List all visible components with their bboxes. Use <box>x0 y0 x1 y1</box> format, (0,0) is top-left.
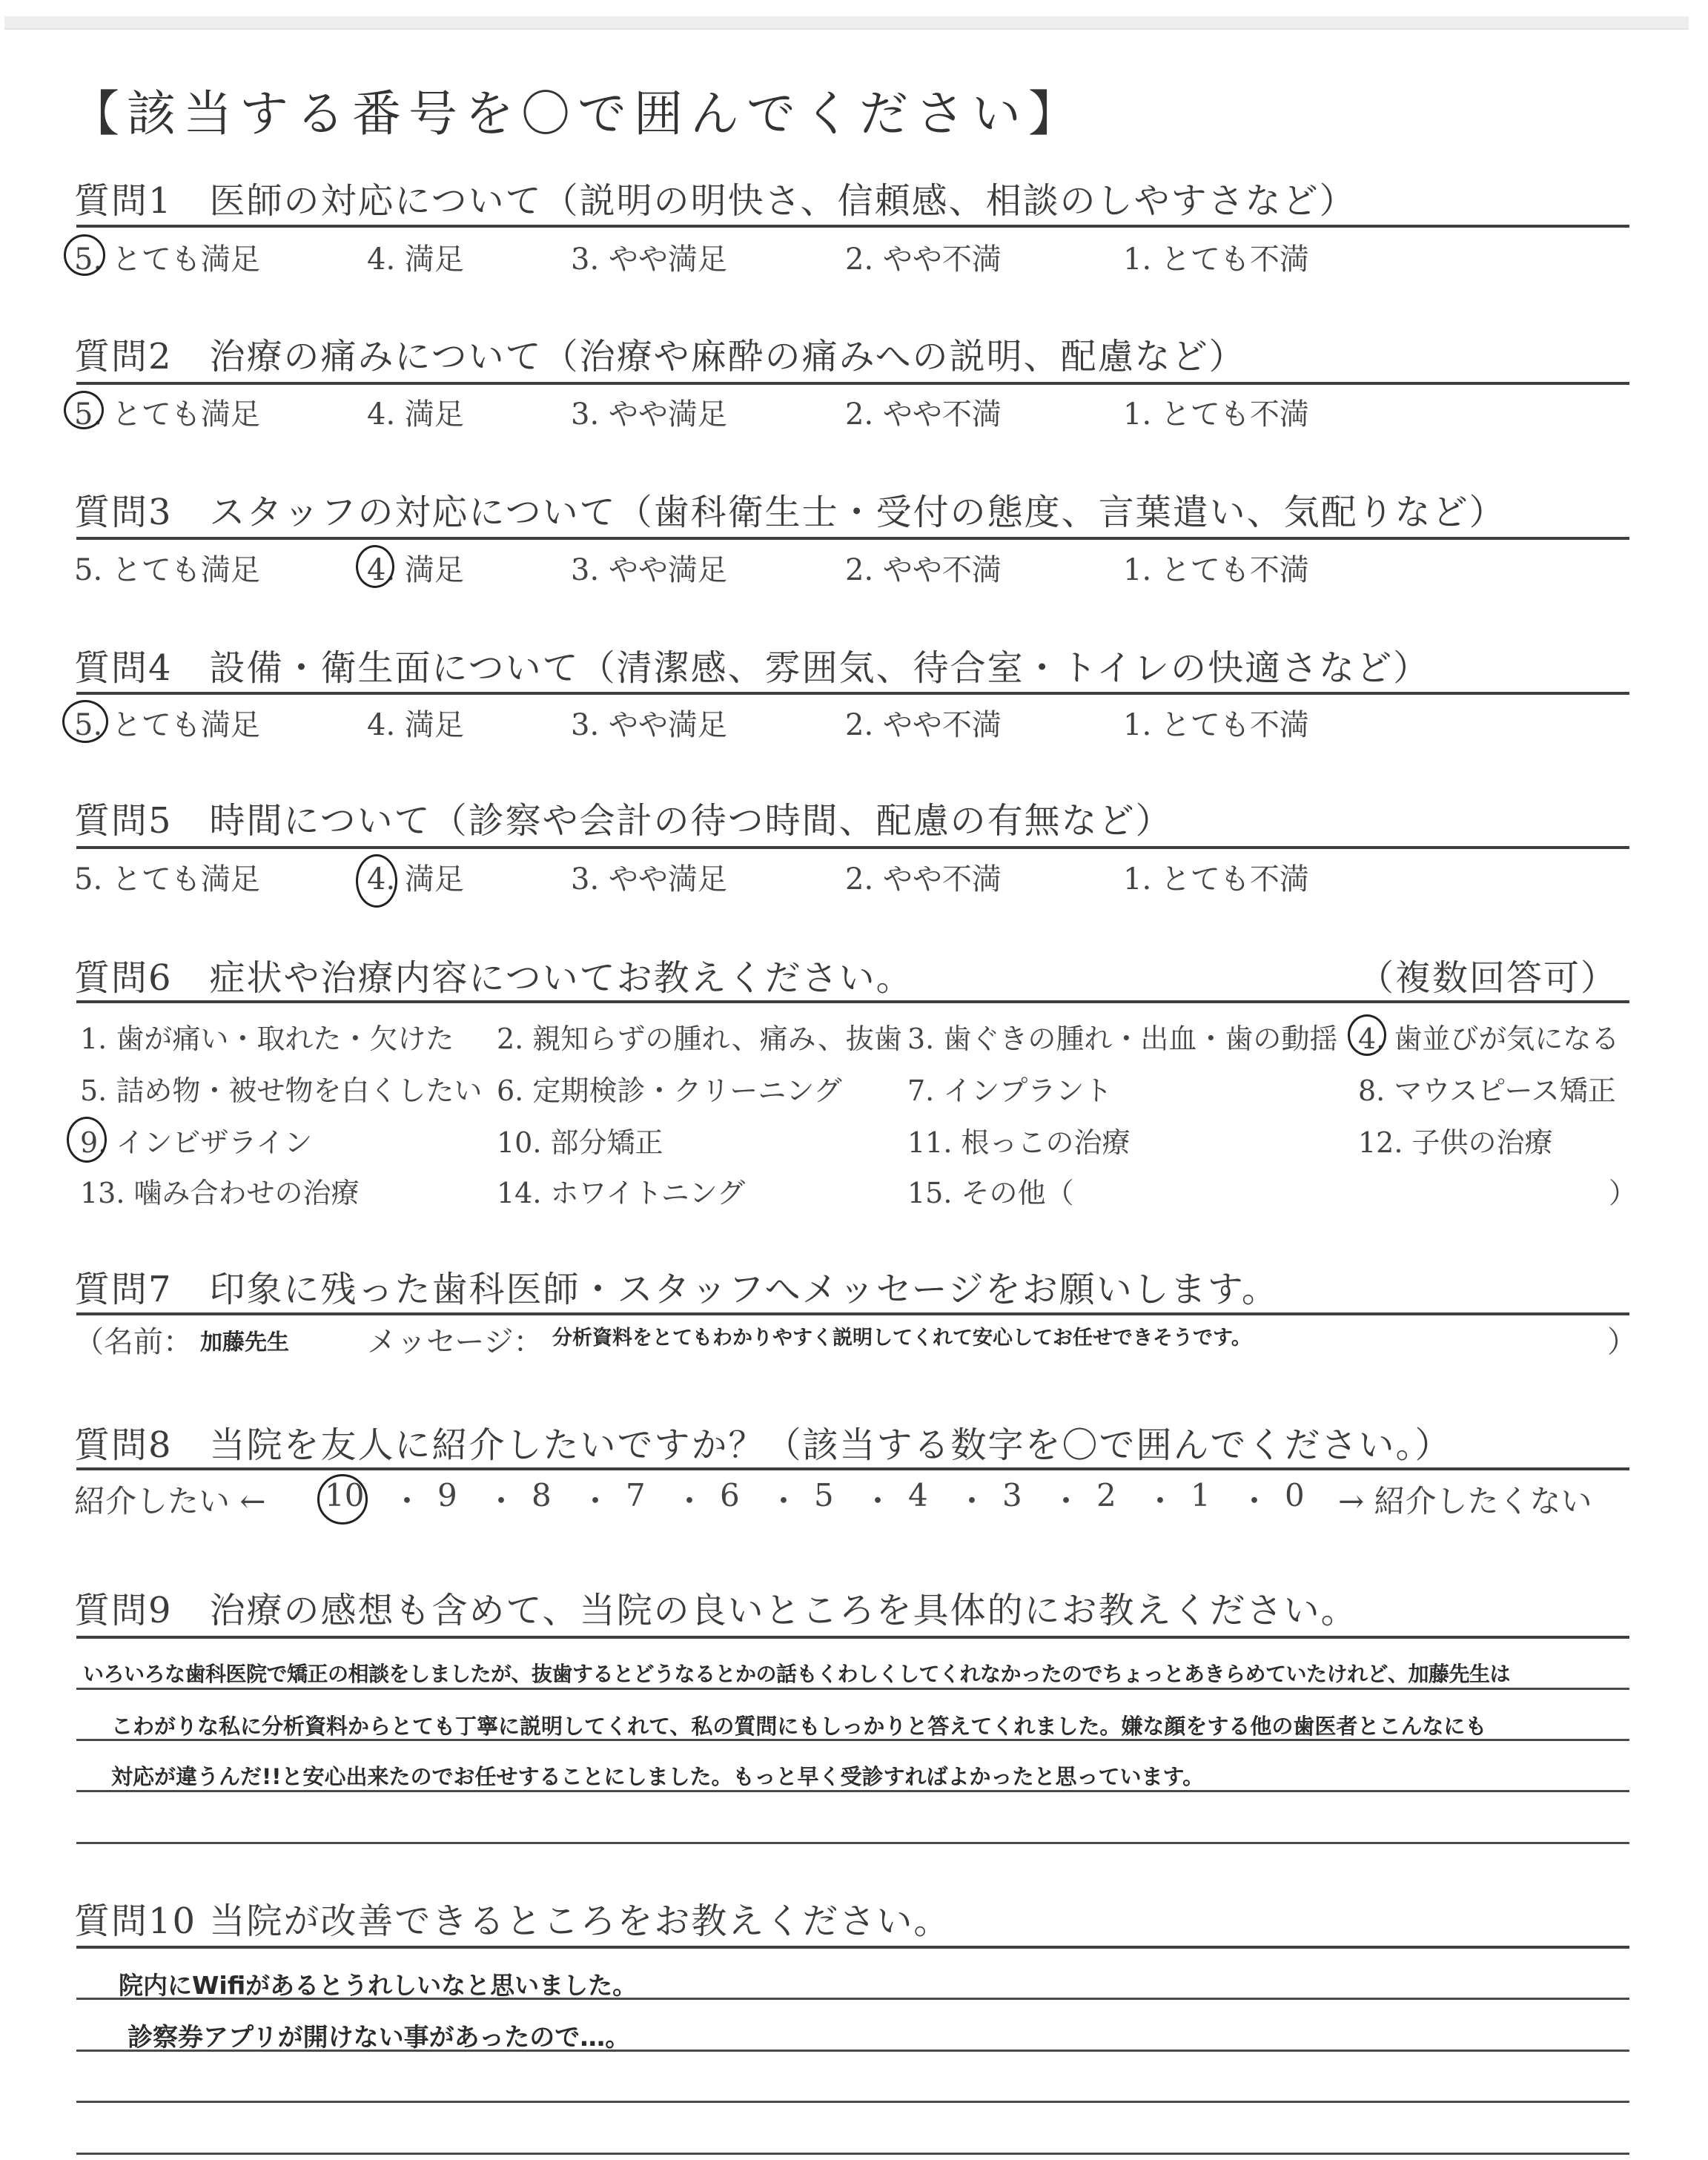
question-2-rule <box>76 382 1629 385</box>
q10-answer-line-2: 診察券アプリが開けない事があったので…。 <box>128 2017 630 2053</box>
q8-separator: ・ <box>674 1477 705 1522</box>
question-2-title: 質問2 治療の痛みについて（治療や麻酔の痛みへの説明、配慮など） <box>74 328 1246 379</box>
q1-option-4[interactable]: 4. 満足 <box>367 236 464 278</box>
q8-left-label: 紹介したい ← <box>74 1477 266 1522</box>
q8-separator: ・ <box>862 1477 893 1522</box>
q6-item-4[interactable]: 4. 歯並びが気になる <box>1358 1016 1619 1057</box>
q9-answer-line-2: こわがりな私に分析資料からとても丁寧に説明してくれて、私の質問にもしっかりと答え… <box>111 1710 1486 1740</box>
q6-item-15-close-paren: ） <box>1609 1170 1637 1211</box>
question-8-rule <box>76 1467 1629 1470</box>
q6-item-9[interactable]: 9. インビザライン <box>80 1120 312 1160</box>
question-4-rule <box>76 692 1629 695</box>
question-1-title: 質問1 医師の対応について（説明の明快さ、信頼感、相談のしやすさなど） <box>74 172 1357 223</box>
answer-line <box>76 2101 1629 2103</box>
q6-item-3[interactable]: 3. 歯ぐきの腫れ・出血・歯の動揺 <box>907 1016 1337 1057</box>
q6-item-6[interactable]: 6. 定期検診・クリーニング <box>497 1068 842 1109</box>
q4-option-1[interactable]: 1. とても不満 <box>1123 701 1309 744</box>
q8-separator: ・ <box>1050 1477 1082 1522</box>
question-8-title: 質問8 当院を友人に紹介したいですか？（該当する数字を〇で囲んでください。） <box>74 1416 1452 1467</box>
q6-item-14[interactable]: 14. ホワイトニング <box>497 1170 745 1211</box>
answer-line <box>76 1842 1629 1844</box>
q6-item-5[interactable]: 5. 詰め物・被せ物を白くしたい <box>80 1068 482 1109</box>
q8-option-6[interactable]: 6 <box>720 1477 740 1513</box>
q8-option-9[interactable]: 9 <box>437 1477 457 1513</box>
q8-right-label: → 紹介したくない <box>1338 1477 1592 1522</box>
q6-item-8[interactable]: 8. マウスピース矯正 <box>1358 1068 1616 1109</box>
q8-option-5[interactable]: 5 <box>814 1477 834 1513</box>
answer-line <box>76 1688 1629 1690</box>
q6-item-2[interactable]: 2. 親知らずの腫れ、痛み、抜歯 <box>497 1016 902 1057</box>
selection-circle-icon <box>317 1474 368 1525</box>
q8-separator: ・ <box>956 1477 987 1522</box>
q8-option-0[interactable]: 0 <box>1285 1477 1305 1513</box>
question-10-title: 質問10 当院が改善できるところをお教えください。 <box>74 1892 950 1943</box>
q7-message-label: メッセージ： <box>367 1318 543 1361</box>
q4-option-2[interactable]: 2. やや不満 <box>845 701 1002 744</box>
q2-option-1[interactable]: 1. とても不満 <box>1123 391 1309 433</box>
q5-option-2[interactable]: 2. やや不満 <box>845 856 1002 898</box>
question-3-title: 質問3 スタッフの対応について（歯科衛生士・受付の態度、言葉遣い、気配りなど） <box>74 483 1506 535</box>
q4-option-3[interactable]: 3. やや満足 <box>571 701 727 744</box>
selection-circle-icon <box>64 391 104 429</box>
q7-name-label: （名前： <box>74 1318 193 1361</box>
q2-option-3[interactable]: 3. やや満足 <box>571 391 727 433</box>
q4-option-4[interactable]: 4. 満足 <box>367 701 464 744</box>
question-6-note: （複数回答可） <box>1358 949 1618 1000</box>
q8-separator: ・ <box>391 1477 423 1522</box>
q1-option-2[interactable]: 2. やや不満 <box>845 236 1002 278</box>
answer-line <box>76 1998 1629 2000</box>
q3-option-3[interactable]: 3. やや満足 <box>571 546 727 589</box>
question-7-rule <box>76 1312 1629 1315</box>
selection-circle-icon <box>356 545 394 588</box>
q6-item-7[interactable]: 7. インプラント <box>907 1068 1112 1109</box>
question-4-title: 質問4 設備・衛生面について（清潔感、雰囲気、待合室・トイレの快適さなど） <box>74 639 1430 690</box>
selection-circle-icon <box>67 1117 107 1163</box>
q2-option-2[interactable]: 2. やや不満 <box>845 391 1002 433</box>
q8-separator: ・ <box>1145 1477 1176 1522</box>
selection-circle-icon <box>62 700 108 743</box>
question-10-rule <box>76 1946 1629 1949</box>
q9-answer-line-3: 対応が違うんだ!!と安心出来たのでお任せすることにしました。もっと早く受診すれば… <box>111 1760 1204 1791</box>
q3-option-2[interactable]: 2. やや不満 <box>845 546 1002 589</box>
q5-option-1[interactable]: 1. とても不満 <box>1123 856 1309 898</box>
q5-option-3[interactable]: 3. やや満足 <box>571 856 727 898</box>
q6-item-12[interactable]: 12. 子供の治療 <box>1358 1120 1553 1160</box>
q8-separator: ・ <box>1239 1477 1270 1522</box>
question-6-title: 質問6 症状や治療内容についてお教えください。 <box>74 949 913 1000</box>
answer-line <box>76 2050 1629 2052</box>
q6-item-13[interactable]: 13. 噛み合わせの治療 <box>80 1170 360 1211</box>
q8-option-7[interactable]: 7 <box>626 1477 646 1513</box>
q3-option-5[interactable]: 5. とても満足 <box>74 546 260 589</box>
question-1-rule <box>76 225 1629 228</box>
scan-edge-strip <box>4 16 1689 30</box>
q5-option-5[interactable]: 5. とても満足 <box>74 856 260 898</box>
q8-separator: ・ <box>580 1477 611 1522</box>
answer-line <box>76 1739 1629 1741</box>
question-9-rule <box>76 1636 1629 1639</box>
q8-option-1[interactable]: 1 <box>1191 1477 1211 1513</box>
q1-option-3[interactable]: 3. やや満足 <box>571 236 727 278</box>
selection-circle-icon <box>356 854 397 908</box>
q8-separator: ・ <box>768 1477 799 1522</box>
question-5-title: 質問5 時間について（診察や会計の待つ時間、配慮の有無など） <box>74 792 1173 843</box>
q6-item-11[interactable]: 11. 根っこの治療 <box>907 1120 1131 1160</box>
page-heading: 【該当する番号を〇で囲んでください】 <box>70 74 1085 145</box>
answer-line <box>76 1790 1629 1792</box>
q7-close-paren: ） <box>1607 1318 1637 1361</box>
answer-line <box>76 2153 1629 2155</box>
selection-circle-icon <box>1348 1014 1386 1056</box>
question-6-rule <box>76 1000 1629 1003</box>
q1-option-1[interactable]: 1. とても不満 <box>1123 236 1309 278</box>
q6-item-15[interactable]: 15. その他（ <box>907 1170 1074 1211</box>
q8-separator: ・ <box>486 1477 517 1522</box>
q2-option-4[interactable]: 4. 満足 <box>367 391 464 433</box>
q8-option-2[interactable]: 2 <box>1096 1477 1116 1513</box>
question-9-title: 質問9 治療の感想も含めて、当院の良いところを具体的にお教えください。 <box>74 1582 1358 1633</box>
q9-answer-line-1: いろいろな歯科医院で矯正の相談をしましたが、抜歯するとどうなるとかの話もくわしく… <box>83 1658 1510 1688</box>
q6-item-1[interactable]: 1. 歯が痛い・取れた・欠けた <box>80 1016 454 1057</box>
selection-circle-icon <box>64 234 105 276</box>
question-7-title: 質問7 印象に残った歯科医師・スタッフへメッセージをお願いします。 <box>74 1261 1279 1312</box>
question-3-rule <box>76 537 1629 540</box>
q6-item-10[interactable]: 10. 部分矯正 <box>497 1120 663 1160</box>
q7-message-value[interactable]: 分析資料をとてもわかりやすく説明してくれて安心してお任せできそうです。 <box>552 1321 1251 1350</box>
q10-answer-line-1: 院内にWifiがあるとうれしいなと思いました。 <box>119 1966 637 2001</box>
q7-name-value[interactable]: 加藤先生 <box>200 1324 289 1356</box>
q3-option-1[interactable]: 1. とても不満 <box>1123 546 1309 589</box>
q8-option-8[interactable]: 8 <box>532 1477 552 1513</box>
question-5-rule <box>76 846 1629 849</box>
q8-option-4[interactable]: 4 <box>908 1477 928 1513</box>
q8-option-3[interactable]: 3 <box>1002 1477 1022 1513</box>
